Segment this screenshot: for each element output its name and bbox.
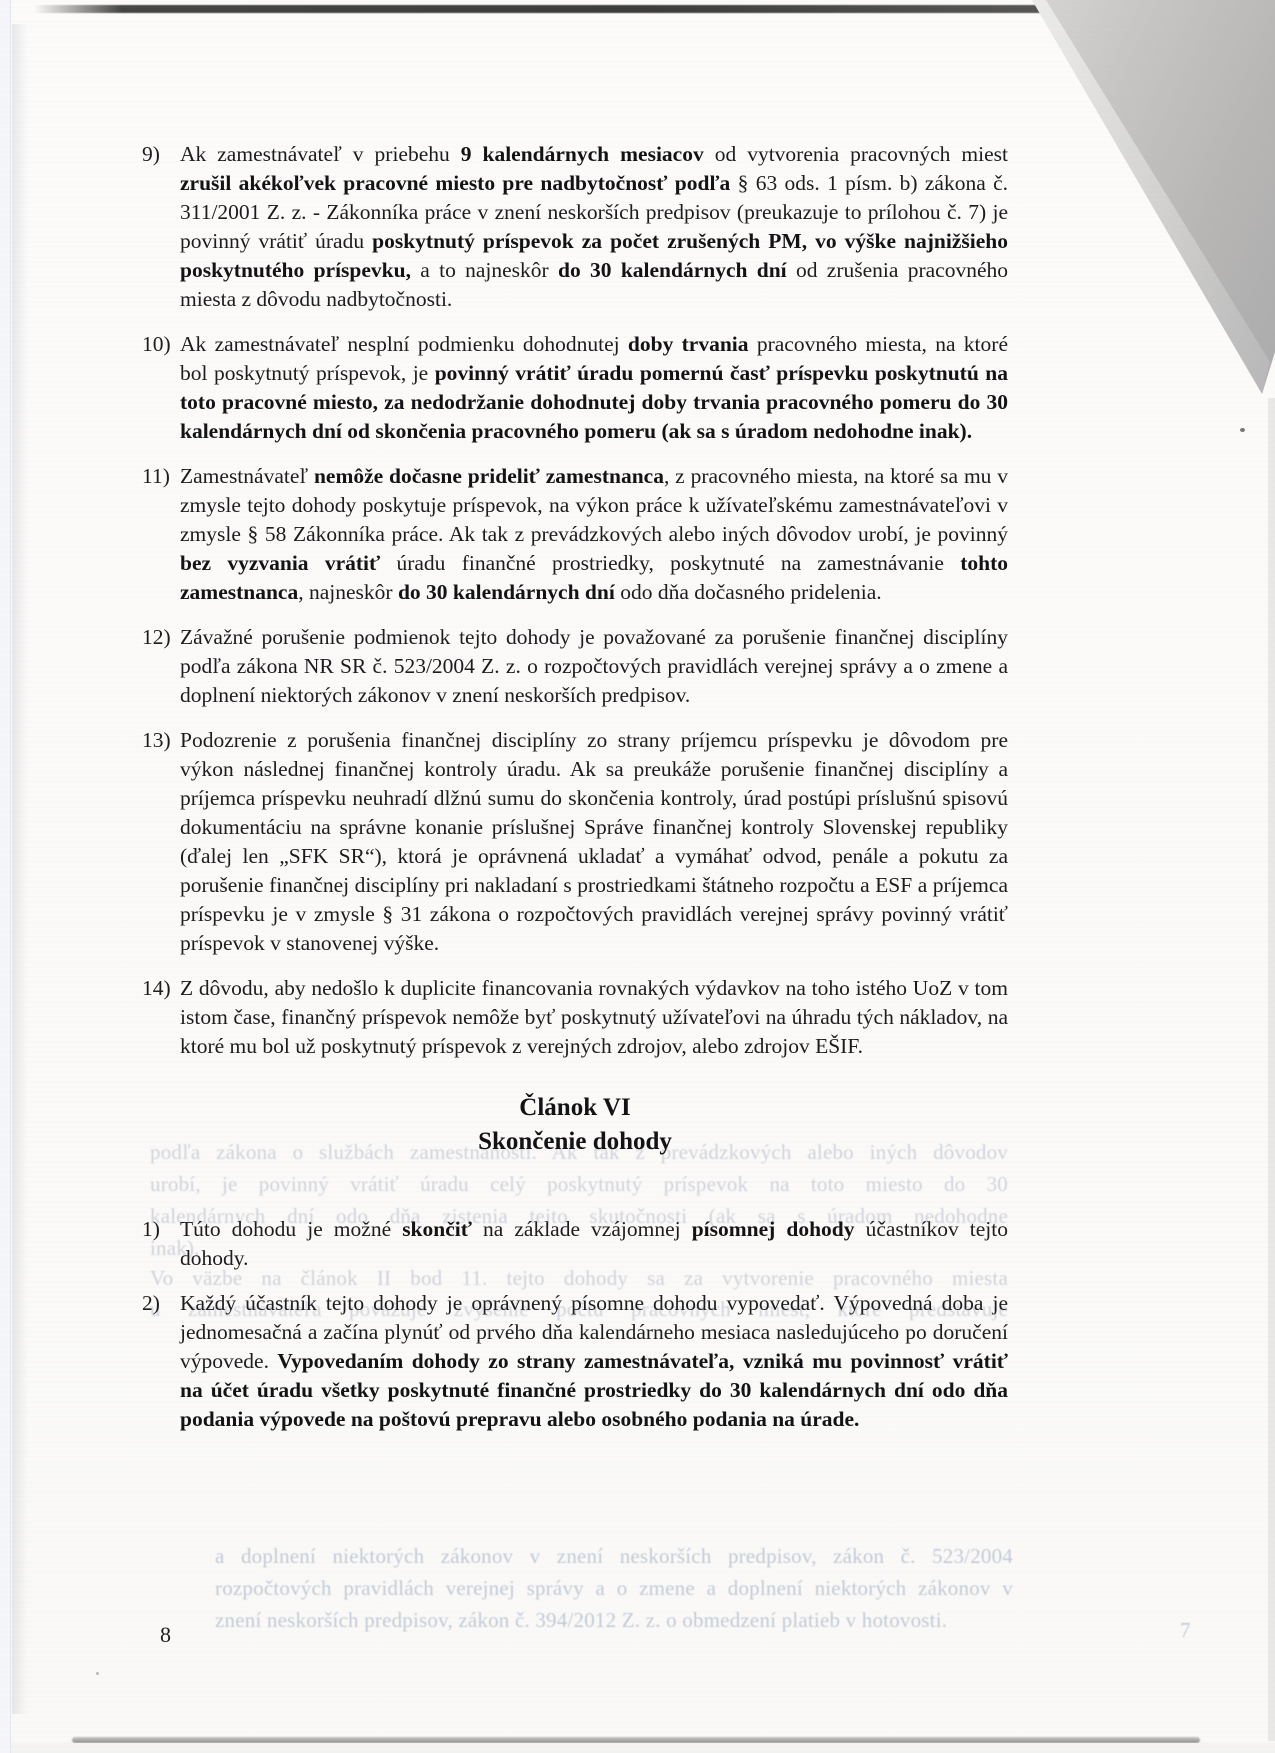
page-number: 8 [160,1622,171,1648]
bleedthrough-text: znení neskorších predpisov, zákon č. 394… [215,1606,1013,1635]
clause-text: Ak zamestnávateľ v priebehu 9 kalendárny… [180,140,1008,314]
clause-text: Túto dohodu je možné skončiť na základe … [180,1215,1008,1273]
scanned-page: { "document": { "page_number": "8", "art… [0,0,1275,1753]
clause-number: 9) [142,140,180,314]
bleedthrough-text: a doplnení niektorých zákonov v znení ne… [215,1542,1013,1571]
paper-sheet: podľa zákona o službách zamestnanosti. A… [0,0,1275,1753]
clause-item: 2)Každý účastník tejto dohody je oprávne… [142,1289,1008,1434]
article-subheading: Skončenie dohody [142,1125,1008,1159]
bleedthrough-text: rozpočtových pravidlách verejnej správy … [215,1574,1013,1603]
clause-item: 9)Ak zamestnávateľ v priebehu 9 kalendár… [142,140,1008,314]
clause-number: 10) [142,330,180,446]
clause-text: Podozrenie z porušenia finančnej discipl… [180,726,1008,958]
clause-number: 13) [142,726,180,958]
article-heading: Článok VI [142,1091,1008,1125]
clause-item: 14)Z dôvodu, aby nedošlo k duplicite fin… [142,974,1008,1061]
clause-item: 12)Závažné porušenie podmienok tejto doh… [142,623,1008,710]
clause-text: Zamestnávateľ nemôže dočasne prideliť za… [180,462,1008,607]
clause-text: Ak zamestnávateľ nesplní podmienku dohod… [180,330,1008,446]
clause-text: Závažné porušenie podmienok tejto dohody… [180,623,1008,710]
bleedthrough-text: 7 [1180,1616,1210,1645]
clause-number: 14) [142,974,180,1061]
clause-item: 1)Túto dohodu je možné skončiť na základ… [142,1215,1008,1273]
clause-item: 13)Podozrenie z porušenia finančnej disc… [142,726,1008,958]
document-body: 9)Ak zamestnávateľ v priebehu 9 kalendár… [142,140,1008,1450]
clause-text: Z dôvodu, aby nedošlo k duplicite financ… [180,974,1008,1061]
clause-text: Každý účastník tejto dohody je oprávnený… [180,1289,1008,1434]
clauses-termination-list: 1)Túto dohodu je možné skončiť na základ… [142,1215,1008,1434]
clause-number: 1) [142,1215,180,1273]
clause-number: 11) [142,462,180,607]
clauses-main-list: 9)Ak zamestnávateľ v priebehu 9 kalendár… [142,140,1008,1061]
clause-item: 10)Ak zamestnávateľ nesplní podmienku do… [142,330,1008,446]
article-heading-block: Článok VI Skončenie dohody [142,1091,1008,1159]
clause-number: 2) [142,1289,180,1434]
clause-number: 12) [142,623,180,710]
clause-item: 11)Zamestnávateľ nemôže dočasne prideliť… [142,462,1008,607]
